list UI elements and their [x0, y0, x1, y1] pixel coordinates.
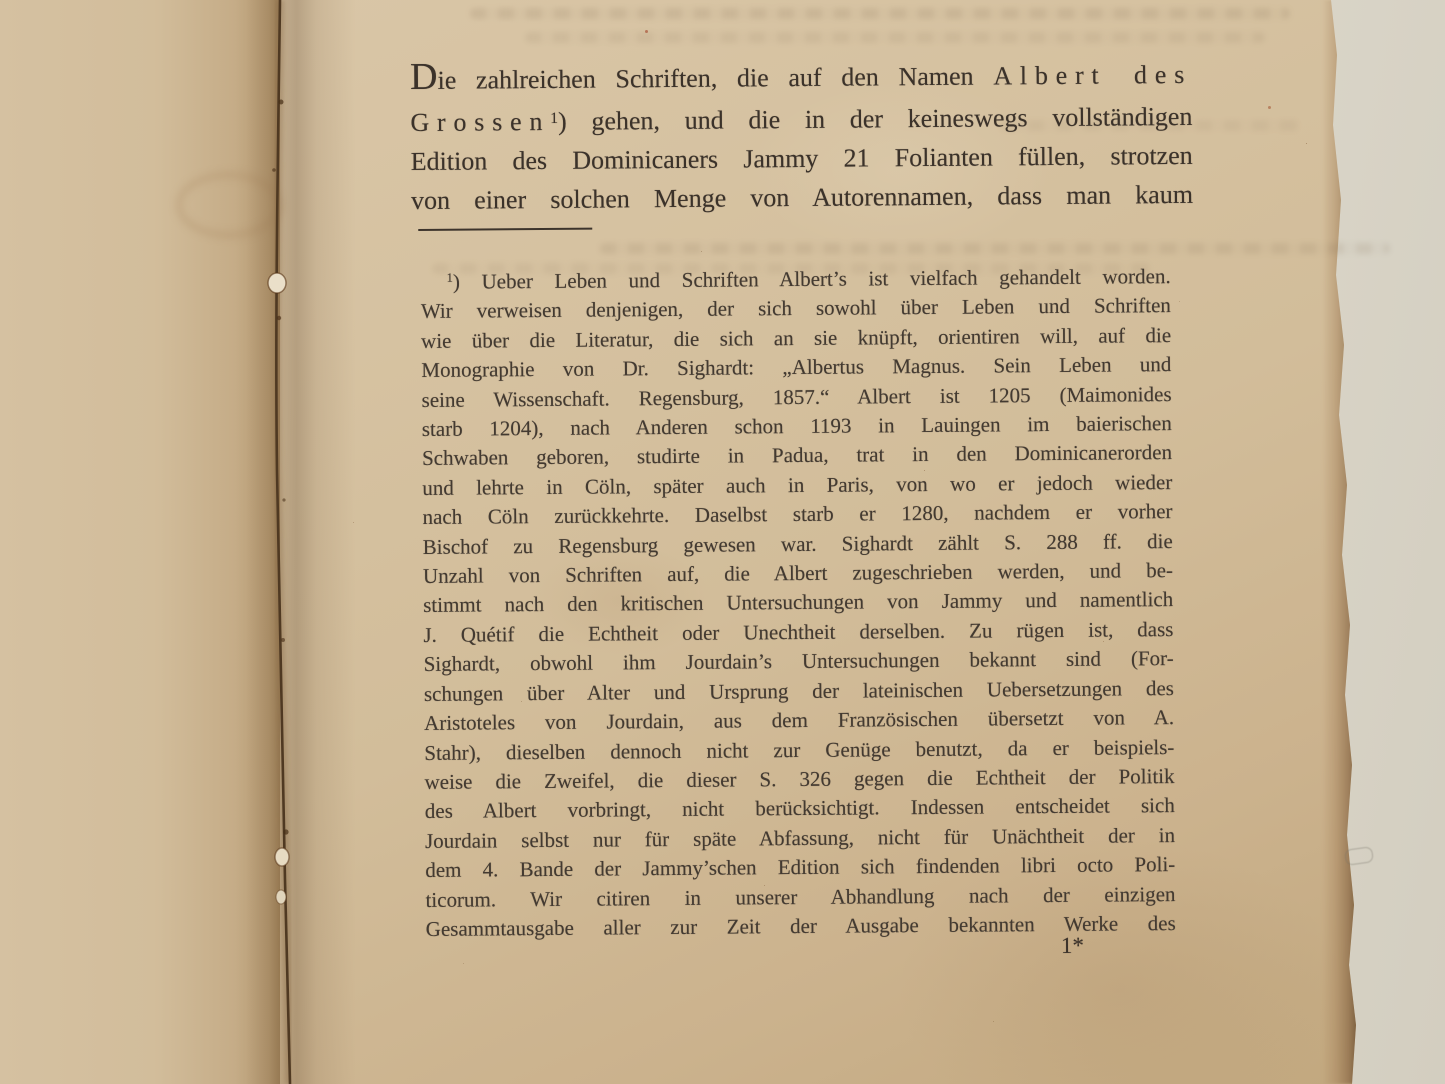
footnote-separator: [418, 228, 592, 231]
text-line: Edition des Dominicaners Jammy 21 Folian…: [411, 136, 1193, 181]
main-paragraph: Die zahlreichen Schriften, die auf den N…: [410, 52, 1193, 220]
text-line: von einer solchen Menge von Autorennamen…: [411, 175, 1193, 220]
text-line: Grossen1) gehen, und die in der keineswe…: [410, 94, 1192, 142]
footnote: 1) Ueber Leben und Schriften Albert’s is…: [421, 258, 1176, 944]
signature-mark: 1*: [1061, 933, 1084, 959]
text-line: Die zahlreichen Schriften, die auf den N…: [410, 52, 1192, 100]
printed-text-layer: Die zahlreichen Schriften, die auf den N…: [0, 0, 1445, 1084]
book-photo: Die zahlreichen Schriften, die auf den N…: [0, 0, 1445, 1084]
